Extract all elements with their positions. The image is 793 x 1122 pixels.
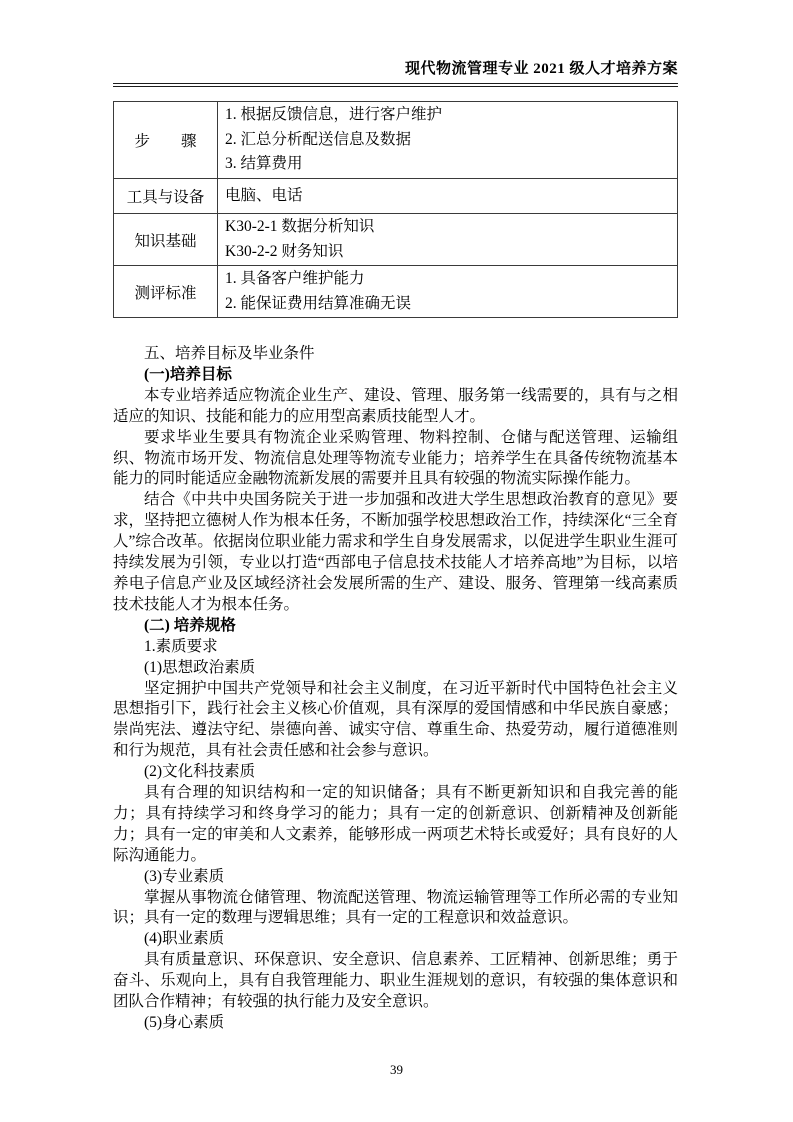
- paragraph: 结合《中共中央国务院关于进一步加强和改进大学生思想政治教育的意见》要求，坚持把立…: [113, 490, 678, 615]
- list-heading: 1.素质要求: [113, 637, 678, 658]
- cell-line: 3. 结算费用: [225, 152, 670, 177]
- row-label: 步 骤: [114, 102, 218, 179]
- table-row: 步 骤 1. 根据反馈信息，进行客户维护 2. 汇总分析配送信息及数据 3. 结…: [114, 102, 678, 179]
- row-label: 工具与设备: [114, 178, 218, 214]
- cell-line: K30-2-2 财务知识: [225, 240, 670, 265]
- body-text: 五、培养目标及毕业条件 (一)培养目标 本专业培养适应物流企业生产、建设、管理、…: [113, 344, 678, 1034]
- subsection-heading: (一)培养目标: [113, 365, 678, 386]
- row-content: 1. 根据反馈信息，进行客户维护 2. 汇总分析配送信息及数据 3. 结算费用: [218, 102, 678, 179]
- page-number: 39: [0, 1062, 793, 1078]
- skill-table: 步 骤 1. 根据反馈信息，进行客户维护 2. 汇总分析配送信息及数据 3. 结…: [113, 101, 678, 318]
- row-content: K30-2-1 数据分析知识 K30-2-2 财务知识: [218, 214, 678, 266]
- row-content: 电脑、电话: [218, 178, 678, 214]
- cell-line: 2. 能保证费用结算准确无误: [225, 292, 670, 317]
- paragraph: 具有合理的知识结构和一定的知识储备；具有不断更新知识和自我完善的能力；具有持续学…: [113, 783, 678, 867]
- table-row: 工具与设备 电脑、电话: [114, 178, 678, 214]
- cell-line: 1. 根据反馈信息，进行客户维护: [225, 103, 670, 128]
- row-label: 知识基础: [114, 214, 218, 266]
- paragraph: 本专业培养适应物流企业生产、建设、管理、服务第一线需要的，具有与之相适应的知识、…: [113, 386, 678, 428]
- list-heading: (4)职业素质: [113, 929, 678, 950]
- doc-header-title: 现代物流管理专业 2021 级人才培养方案: [113, 57, 678, 87]
- list-heading: (2)文化科技素质: [113, 762, 678, 783]
- cell-line: K30-2-1 数据分析知识: [225, 215, 670, 240]
- subsection-heading: (二) 培养规格: [113, 616, 678, 637]
- cell-line: 1. 具备客户维护能力: [225, 267, 670, 292]
- paragraph: 具有质量意识、环保意识、安全意识、信息素养、工匠精神、创新思维；勇于奋斗、乐观向…: [113, 950, 678, 1013]
- section-heading: 五、培养目标及毕业条件: [113, 344, 678, 365]
- row-content: 1. 具备客户维护能力 2. 能保证费用结算准确无误: [218, 266, 678, 318]
- list-heading: (1)思想政治素质: [113, 658, 678, 679]
- row-label: 测评标准: [114, 266, 218, 318]
- table-row: 知识基础 K30-2-1 数据分析知识 K30-2-2 财务知识: [114, 214, 678, 266]
- table-row: 测评标准 1. 具备客户维护能力 2. 能保证费用结算准确无误: [114, 266, 678, 318]
- document-page: 现代物流管理专业 2021 级人才培养方案 步 骤 1. 根据反馈信息，进行客户…: [0, 0, 793, 1122]
- paragraph: 要求毕业生要具有物流企业采购管理、物料控制、仓储与配送管理、运输组织、物流市场开…: [113, 428, 678, 491]
- page-content: 现代物流管理专业 2021 级人才培养方案 步 骤 1. 根据反馈信息，进行客户…: [113, 57, 678, 1034]
- cell-line: 2. 汇总分析配送信息及数据: [225, 128, 670, 153]
- list-heading: (3)专业素质: [113, 867, 678, 888]
- paragraph: 坚定拥护中国共产党领导和社会主义制度，在习近平新时代中国特色社会主义思想指引下，…: [113, 679, 678, 763]
- paragraph: 掌握从事物流仓储管理、物流配送管理、物流运输管理等工作所必需的专业知识；具有一定…: [113, 888, 678, 930]
- list-heading: (5)身心素质: [113, 1013, 678, 1034]
- cell-line: 电脑、电话: [225, 184, 670, 209]
